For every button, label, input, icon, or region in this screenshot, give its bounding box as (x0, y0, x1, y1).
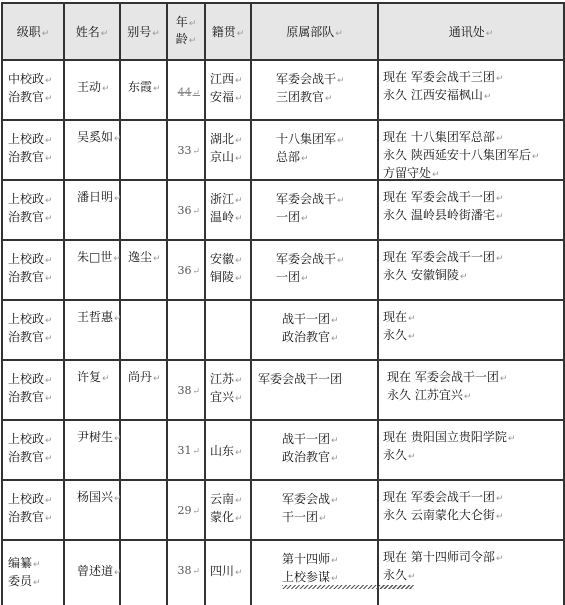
rank-line: 治教官↵ (8, 509, 53, 527)
header-age: 年↵龄↵ (167, 3, 205, 60)
rank: 上校政↵治教官↵ (8, 131, 53, 167)
age: 33↵ (177, 143, 200, 160)
age-cell: 44↵ (167, 60, 205, 120)
rank: 编纂↵委员↵ (8, 555, 41, 591)
native-cell: 浙江↵温岭↵ (205, 180, 251, 240)
unit: 军委会战↵干一团↵ (282, 491, 339, 527)
unit: 军委会战干一团 (258, 371, 342, 387)
name-cell: 杨国兴↵ (64, 480, 120, 540)
contact: 现在↵永久↵ (383, 309, 416, 345)
native-line: 江西↵ (210, 71, 243, 89)
native-line: 京山↵ (210, 149, 243, 167)
rank-line: 上校政↵ (8, 371, 53, 389)
contact-line: 现在 贵阳国立贵阳学院↵ (383, 429, 515, 447)
name: 尹树生↵ (77, 429, 122, 447)
native-line: 江苏↵ (210, 371, 243, 389)
rank-cell: 上校政↵治教官↵ (2, 420, 64, 480)
unit-cell: 军委会战干↵一团↵ (251, 240, 378, 300)
contact-line: 永久↵ (383, 327, 416, 345)
unit-line: 总部↵ (276, 149, 345, 167)
contact: 现在 十八集团军总部↵永久 陕西延安十八集团军后↵方留守处↵ (383, 129, 539, 183)
rank-cell: 编纂↵委员↵ (2, 540, 64, 605)
contact-cell: 现在 贵阳国立贵阳学院↵永久↵ (378, 420, 564, 480)
unit: 军委会战干↵一团↵ (276, 251, 345, 287)
name: 曾述道↵ (77, 563, 122, 581)
contact-line: 永久↵ (383, 567, 503, 585)
table-row: 上校政↵治教官↵潘日明↵36↵浙江↵温岭↵军委会战干↵一团↵现在 军委会战干一团… (2, 180, 564, 240)
alias-cell (120, 180, 167, 240)
age-cell: 36↵ (167, 240, 205, 300)
native: 湖北↵京山↵ (210, 131, 243, 167)
unit-cell: 第十四师↵上校参谋↵ (251, 540, 378, 605)
name-cell: 王哲惠↵ (64, 300, 120, 360)
rank-cell: 上校政↵治教官↵ (2, 120, 64, 180)
rank-line: 上校政↵ (8, 491, 53, 509)
contact-cell: 现在 军委会战干一团↵永久 温岭县岭街潘宅↵ (378, 180, 564, 240)
grammar-squiggle (379, 585, 414, 589)
contact-line: 现在 十八集团军总部↵ (383, 129, 539, 147)
contact-line: 现在 军委会战干三团↵ (383, 69, 503, 87)
name-line: 吴奚如↵ (77, 129, 122, 147)
name-cell: 许复↵ (64, 360, 120, 420)
contact: 现在 贵阳国立贵阳学院↵永久↵ (383, 429, 515, 465)
contact-cell: 现在 十八集团军总部↵永久 陕西延安十八集团军后↵方留守处↵ (378, 120, 564, 180)
header-label: 级职↵ (3, 23, 63, 40)
alias-cell: 东霞↵ (120, 60, 167, 120)
contact: 现在 第十四师司令部↵永久↵ (383, 549, 503, 585)
table-row: 上校政↵治教官↵王哲惠↵战干一团↵政治教官↵现在↵永久↵ (2, 300, 564, 360)
alias-cell (120, 300, 167, 360)
name-line: 许复↵ (77, 369, 110, 387)
unit-line: 政治教官↵ (282, 329, 339, 347)
native-cell: 山东↵ (205, 420, 251, 480)
alias-line: 东霞↵ (128, 79, 161, 97)
age: 38↵ (177, 383, 200, 400)
header-name: 姓名↵ (64, 3, 120, 60)
rank: 中校政↵治教官↵ (8, 71, 53, 107)
rank-line: 治教官↵ (8, 89, 53, 107)
native-cell: 四川↵ (205, 540, 251, 605)
name-cell: 吴奚如↵ (64, 120, 120, 180)
name-line: 王哲惠↵ (77, 309, 122, 327)
rank-line: 上校政↵ (8, 191, 53, 209)
age-cell: 38↵ (167, 360, 205, 420)
unit-cell: 军委会战↵干一团↵ (251, 480, 378, 540)
age: 29↵ (177, 503, 200, 520)
native-line: 云南↵ (210, 491, 243, 509)
unit: 军委会战干↵三团教官↵ (276, 71, 345, 107)
native: 浙江↵温岭↵ (210, 191, 243, 227)
rank: 上校政↵治教官↵ (8, 491, 53, 527)
header-contact: 通讯处↵ (378, 3, 564, 60)
native-line: 蒙化↵ (210, 509, 243, 527)
age-cell (167, 300, 205, 360)
rank-line: 中校政↵ (8, 71, 53, 89)
alias: 尚丹↵ (128, 369, 161, 387)
name-cell: 潘日明↵ (64, 180, 120, 240)
contact-cell: 现在 军委会战干三团↵永久 江西安福枫山↵ (378, 60, 564, 120)
rank-line: 治教官↵ (8, 269, 53, 287)
table-row: 上校政↵治教官↵许复↵尚丹↵38↵江苏↵宜兴↵军委会战干一团现在 军委会战干一团… (2, 360, 564, 420)
contact-line: 现在 军委会战干一团↵ (383, 489, 503, 507)
unit-line: 军委会战干↵ (276, 71, 345, 89)
alias-cell (120, 540, 167, 605)
native-line: 山东↵ (210, 443, 243, 461)
rank-line: 上校政↵ (8, 311, 53, 329)
age: 36↵ (177, 263, 200, 280)
unit: 军委会战干↵一团↵ (276, 191, 345, 227)
alias: 东霞↵ (128, 79, 161, 97)
native-line: 安福↵ (210, 89, 243, 107)
native-cell (205, 300, 251, 360)
native: 安徽↵铜陵↵ (210, 251, 243, 287)
name: 许复↵ (77, 369, 110, 387)
alias: 逸尘↵ (128, 249, 161, 267)
unit-line: 干一团↵ (282, 509, 339, 527)
rank-cell: 上校政↵治教官↵ (2, 300, 64, 360)
unit: 十八集团军↵总部↵ (276, 131, 345, 167)
contact-line: 永久 温岭县岭街潘宅↵ (383, 207, 503, 225)
unit-line: 一团↵ (276, 269, 345, 287)
name-line: 曾述道↵ (77, 563, 122, 581)
rank-line: 委员↵ (8, 573, 41, 591)
personnel-table: 级职↵姓名↵别号↵年↵龄↵籍贯↵原属部队↵通讯处↵ 中校政↵治教官↵王动↵东霞↵… (1, 2, 565, 605)
rank-cell: 中校政↵治教官↵ (2, 60, 64, 120)
native: 山东↵ (210, 443, 243, 461)
native-line: 宜兴↵ (210, 389, 243, 407)
contact-line: 现在 第十四师司令部↵ (383, 549, 503, 567)
native-cell: 安徽↵铜陵↵ (205, 240, 251, 300)
unit-line: 战干一团↵ (282, 431, 339, 449)
alias-cell: 尚丹↵ (120, 360, 167, 420)
unit: 战干一团↵政治教官↵ (282, 311, 339, 347)
rank-cell: 上校政↵治教官↵ (2, 360, 64, 420)
name-line: 尹树生↵ (77, 429, 122, 447)
name-cell: 曾述道↵ (64, 540, 120, 605)
age-cell: 36↵ (167, 180, 205, 240)
contact-cell: 现在 军委会战干一团↵永久 安徽铜陵↵ (378, 240, 564, 300)
header-label: 原属部队↵ (252, 23, 377, 40)
name: 王动↵ (77, 79, 110, 97)
contact: 现在 军委会战干一团↵永久 云南蒙化大仑街↵ (383, 489, 503, 525)
unit-cell: 战干一团↵政治教官↵ (251, 420, 378, 480)
native-line: 铜陵↵ (210, 269, 243, 287)
rank-line: 治教官↵ (8, 329, 53, 347)
header-row: 级职↵姓名↵别号↵年↵龄↵籍贯↵原属部队↵通讯处↵ (2, 3, 564, 60)
rank-cell: 上校政↵治教官↵ (2, 480, 64, 540)
unit-line: 政治教官↵ (282, 449, 339, 467)
table-row: 上校政↵治教官↵朱□世↵逸尘↵36↵安徽↵铜陵↵军委会战干↵一团↵现在 军委会战… (2, 240, 564, 300)
age-cell: 31↵ (167, 420, 205, 480)
contact-cell: 现在 军委会战干一团↵永久 云南蒙化大仑街↵ (378, 480, 564, 540)
header-native: 籍贯↵ (205, 3, 251, 60)
rank-cell: 上校政↵治教官↵ (2, 240, 64, 300)
rank-line: 治教官↵ (8, 209, 53, 227)
unit-cell: 十八集团军↵总部↵ (251, 120, 378, 180)
alias-cell: 逸尘↵ (120, 240, 167, 300)
contact-cell: 现在 第十四师司令部↵永久↵ (378, 540, 564, 605)
alias-cell (120, 120, 167, 180)
age-cell: 29↵ (167, 480, 205, 540)
rank-line: 上校政↵ (8, 431, 53, 449)
alias-line: 尚丹↵ (128, 369, 161, 387)
unit-cell: 军委会战干↵一团↵ (251, 180, 378, 240)
native-line: 温岭↵ (210, 209, 243, 227)
rank-line: 上校政↵ (8, 251, 53, 269)
age: 38↵ (177, 563, 200, 580)
rank: 上校政↵治教官↵ (8, 371, 53, 407)
contact-cell: 现在↵永久↵ (378, 300, 564, 360)
contact: 现在 军委会战干一团↵永久 江苏宜兴↵ (387, 369, 507, 405)
name: 杨国兴↵ (77, 489, 122, 507)
native: 四川↵ (210, 563, 243, 581)
table-row: 上校政↵治教官↵尹树生↵31↵山东↵战干一团↵政治教官↵现在 贵阳国立贵阳学院↵… (2, 420, 564, 480)
table-row: 上校政↵治教官↵杨国兴↵29↵云南↵蒙化↵军委会战↵干一团↵现在 军委会战干一团… (2, 480, 564, 540)
native-cell: 云南↵蒙化↵ (205, 480, 251, 540)
rank-line: 治教官↵ (8, 389, 53, 407)
contact-line: 现在 军委会战干一团↵ (383, 189, 503, 207)
unit-line: 军委会战干一团 (258, 371, 342, 387)
contact-line: 永久 江苏宜兴↵ (387, 387, 507, 405)
contact-line: 永久 江西安福枫山↵ (383, 87, 503, 105)
native: 江西↵安福↵ (210, 71, 243, 107)
age: 36↵ (177, 203, 200, 220)
contact-line: 永久 陕西延安十八集团军后↵ (383, 147, 539, 165)
name: 王哲惠↵ (77, 309, 122, 327)
header-label: 年↵龄↵ (168, 15, 204, 49)
contact-line: 现在↵ (383, 309, 416, 327)
unit-line: 十八集团军↵ (276, 131, 345, 149)
name-cell: 尹树生↵ (64, 420, 120, 480)
unit: 第十四师↵上校参谋↵ (282, 551, 339, 587)
native-line: 四川↵ (210, 563, 243, 581)
contact-line: 永久 云南蒙化大仑街↵ (383, 507, 503, 525)
rank-line: 编纂↵ (8, 555, 41, 573)
name: 潘日明↵ (77, 189, 122, 207)
unit-line: 第十四师↵ (282, 551, 339, 569)
alias-cell (120, 480, 167, 540)
header-label: 别号↵ (121, 23, 166, 40)
header-unit: 原属部队↵ (251, 3, 378, 60)
rank: 上校政↵治教官↵ (8, 431, 53, 467)
name-line: 王动↵ (77, 79, 110, 97)
name-line: 朱□世↵ (77, 249, 121, 267)
unit-line: 军委会战干↵ (276, 251, 345, 269)
age: 44↵ (177, 85, 200, 102)
native-cell: 江西↵安福↵ (205, 60, 251, 120)
age-cell: 38↵ (167, 540, 205, 605)
rank-line: 上校政↵ (8, 131, 53, 149)
name: 吴奚如↵ (77, 129, 122, 147)
contact: 现在 军委会战干一团↵永久 温岭县岭街潘宅↵ (383, 189, 503, 225)
name-line: 杨国兴↵ (77, 489, 122, 507)
contact: 现在 军委会战干一团↵永久 安徽铜陵↵ (383, 249, 503, 285)
name-line: 潘日明↵ (77, 189, 122, 207)
header-label: 籍贯↵ (206, 23, 250, 40)
header-label: 通讯处↵ (379, 23, 563, 40)
name: 朱□世↵ (77, 249, 121, 267)
native: 江苏↵宜兴↵ (210, 371, 243, 407)
alias-line: 逸尘↵ (128, 249, 161, 267)
table-row: 上校政↵治教官↵吴奚如↵33↵湖北↵京山↵十八集团军↵总部↵现在 十八集团军总部… (2, 120, 564, 180)
unit-line: 军委会战↵ (282, 491, 339, 509)
table-row: 编纂↵委员↵曾述道↵38↵四川↵第十四师↵上校参谋↵现在 第十四师司令部↵永久↵ (2, 540, 564, 605)
unit-line: 一团↵ (276, 209, 345, 227)
native-cell: 江苏↵宜兴↵ (205, 360, 251, 420)
age-cell: 33↵ (167, 120, 205, 180)
alias-cell (120, 420, 167, 480)
name-cell: 朱□世↵ (64, 240, 120, 300)
native-line: 湖北↵ (210, 131, 243, 149)
header-alias: 别号↵ (120, 3, 167, 60)
header-label: 姓名↵ (65, 23, 119, 40)
native-line: 安徽↵ (210, 251, 243, 269)
unit: 战干一团↵政治教官↵ (282, 431, 339, 467)
contact: 现在 军委会战干三团↵永久 江西安福枫山↵ (383, 69, 503, 105)
header-rank: 级职↵ (2, 3, 64, 60)
contact-line: 永久↵ (383, 447, 515, 465)
native-line: 浙江↵ (210, 191, 243, 209)
rank-cell: 上校政↵治教官↵ (2, 180, 64, 240)
table-row: 中校政↵治教官↵王动↵东霞↵44↵江西↵安福↵军委会战干↵三团教官↵现在 军委会… (2, 60, 564, 120)
rank-line: 治教官↵ (8, 149, 53, 167)
unit-line: 战干一团↵ (282, 311, 339, 329)
native: 云南↵蒙化↵ (210, 491, 243, 527)
contact-line: 永久 安徽铜陵↵ (383, 267, 503, 285)
unit-line: 三团教官↵ (276, 89, 345, 107)
rank: 上校政↵治教官↵ (8, 191, 53, 227)
name-cell: 王动↵ (64, 60, 120, 120)
rank: 上校政↵治教官↵ (8, 311, 53, 347)
unit-cell: 军委会战干一团 (251, 360, 378, 420)
rank: 上校政↵治教官↵ (8, 251, 53, 287)
contact-line: 现在 军委会战干一团↵ (387, 369, 507, 387)
contact-line: 现在 军委会战干一团↵ (383, 249, 503, 267)
unit-cell: 军委会战干↵三团教官↵ (251, 60, 378, 120)
native-cell: 湖北↵京山↵ (205, 120, 251, 180)
rank-line: 治教官↵ (8, 449, 53, 467)
age: 31↵ (177, 443, 200, 460)
contact-cell: 现在 军委会战干一团↵永久 江苏宜兴↵ (378, 360, 564, 420)
unit-cell: 战干一团↵政治教官↵ (251, 300, 378, 360)
unit-line: 军委会战干↵ (276, 191, 345, 209)
